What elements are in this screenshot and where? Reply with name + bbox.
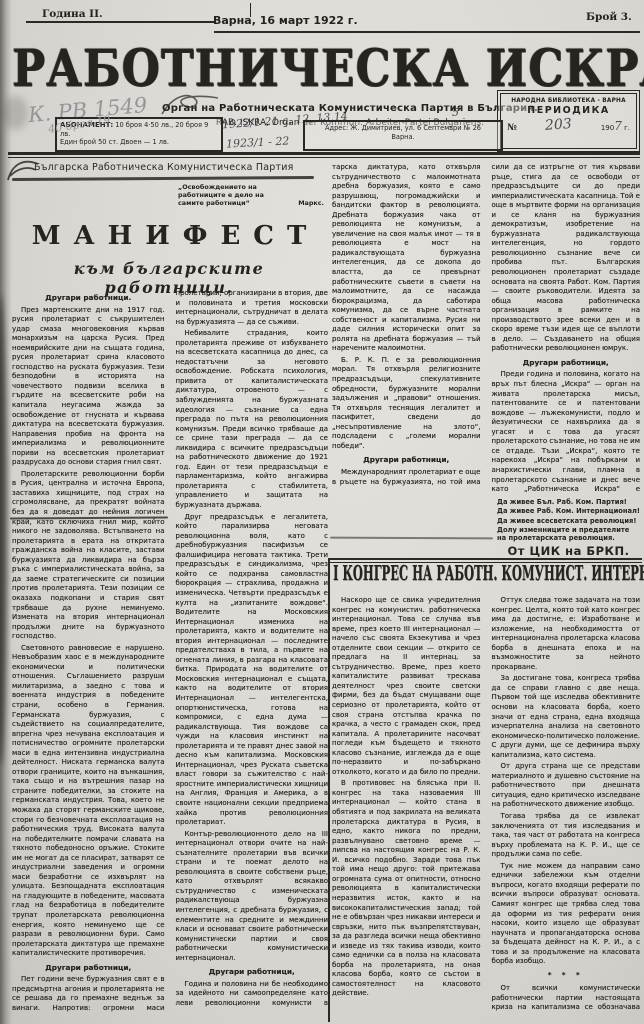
stamp-year-handwritten: 7 (614, 119, 622, 133)
congress-vertical-rule (328, 558, 330, 1022)
paragraph: Световното равновесие е нарушено. Невъоб… (12, 644, 165, 959)
subtitle-bulgarian: Орган на Работническата Комунистическа П… (150, 103, 550, 114)
paragraph: Тук ние можем да направим само еднички з… (492, 862, 641, 967)
issue-number: Брой 3. (586, 11, 632, 23)
paragraph: Контър-революционното дело на III интерн… (176, 830, 329, 964)
handwriting-inventory-2: 1923/1 - 22 (226, 134, 290, 150)
address-box: Адрес: Ж. Димитриев, ул. 6 Септември № 2… (303, 120, 503, 151)
congress-rule-top (330, 558, 642, 560)
stamp-line1: НАРОДНА БИБЛИОТЕКА - ВАРНА (501, 98, 636, 104)
paragraph: Наскоро ще се свика учредителния конгрес… (332, 596, 481, 777)
newspaper-page: Година II. Варна, 16 март 1922 г. Брой 3… (0, 0, 644, 1024)
divider-thin (8, 157, 640, 158)
scan-smudge (2, 96, 28, 130)
slogans: Да живее Бъл. Раб. Ком. Партия! Да живее… (497, 498, 640, 543)
slogan: Да живее Бъл. Раб. Ком. Партия! (497, 498, 640, 506)
header-rule-left (26, 21, 214, 23)
manifesto-text-columns: Другари работници. През мартенските дни … (12, 289, 328, 1016)
stamp-year-suffix: г. (624, 124, 630, 132)
slogan: Долу изменниците и предателите на пролет… (497, 526, 640, 543)
subscription-line2: Един брой 50 ст. Двоен — 1 лв. (60, 138, 169, 146)
stamp-number-label: № (507, 123, 517, 133)
salutation: Другари работници. (12, 293, 165, 303)
epigraph-quote: „Освобождението на работниците е дело на… (178, 183, 284, 207)
salutation: Другари работници, (332, 455, 481, 465)
paragraph: Б. Р. К. П. е за революционния морал. Тя… (332, 356, 481, 451)
manifesto-continuation-columns: тарска диктатура, като отхвърля сътрудни… (332, 163, 640, 496)
paragraph: Небивалите страдания, които пролетарията… (176, 329, 329, 510)
party-flourish (6, 156, 40, 182)
paragraph: За достигане това, конгреса трябва да се… (492, 674, 641, 760)
salutation: Другари работници, (492, 358, 641, 368)
header-tick (250, 3, 251, 17)
paragraph: Пролетарските революционни борби в Русия… (12, 470, 165, 642)
salutation: Другари работници, (12, 963, 165, 973)
party-underline (12, 176, 314, 181)
address-line2: Варна. (391, 133, 414, 141)
library-stamp: НАРОДНА БИБЛИОТЕКА - ВАРНА ПЕРИОДИКА № 2… (497, 90, 640, 152)
stamp-year-print: 190 (601, 124, 614, 132)
salutation: Другари работници, (176, 967, 329, 977)
scan-crease-2 (330, 537, 493, 540)
paragraph: От друга страна ще се представи материал… (492, 762, 641, 810)
address-line1: Адрес: Ж. Димитриев, ул. 6 Септември № 2… (325, 124, 481, 132)
paragraph: В противовес на блясъка при II. конгрес … (332, 779, 481, 999)
slogan: Да живее всесветската революция! (497, 517, 640, 525)
paragraph: Друг предразсъдък е легалитета, който па… (176, 513, 329, 828)
paragraph: Оттук следва тоже задачата на този конгр… (492, 596, 641, 672)
paragraph: тарска диктатура, като отхвърля сътрудни… (332, 163, 481, 354)
manifesto-title: МАНИФЕСТ (10, 221, 328, 251)
paragraph: Тогава трябва да се извлекат заключеният… (492, 812, 641, 860)
paragraph: През мартенските дни на 1917 год. русия … (12, 306, 165, 468)
stamp-line2: ПЕРИОДИКА (501, 105, 636, 116)
signoff-cik-brkp: От ЦИК на БРКП. (497, 544, 640, 558)
epigraph: „Освобождението на работниците е дело на… (178, 183, 328, 207)
divider-thick (8, 152, 640, 155)
party-name-line: Българска Работническа Комунистическа Па… (34, 162, 334, 173)
epigraph-attribution: Маркс. (288, 199, 324, 207)
congress-title: I КОНГРЕС НА РАБОТН. КОМУНИСТ. ИНТЕРНАЦИ… (333, 562, 594, 586)
congress-text-columns: Наскоро ще се свика учредителния конгрес… (332, 596, 640, 1020)
section-break-stars: * * * (492, 971, 641, 981)
stamp-number-handwritten: 203 (545, 116, 573, 134)
dateline: Варна, 16 март 1922 г. (213, 14, 358, 27)
slogan: Да живее Раб. Ком. Интернационал! (497, 507, 640, 515)
header-rule-right (214, 31, 640, 33)
volume-label: Година II. (42, 8, 103, 20)
